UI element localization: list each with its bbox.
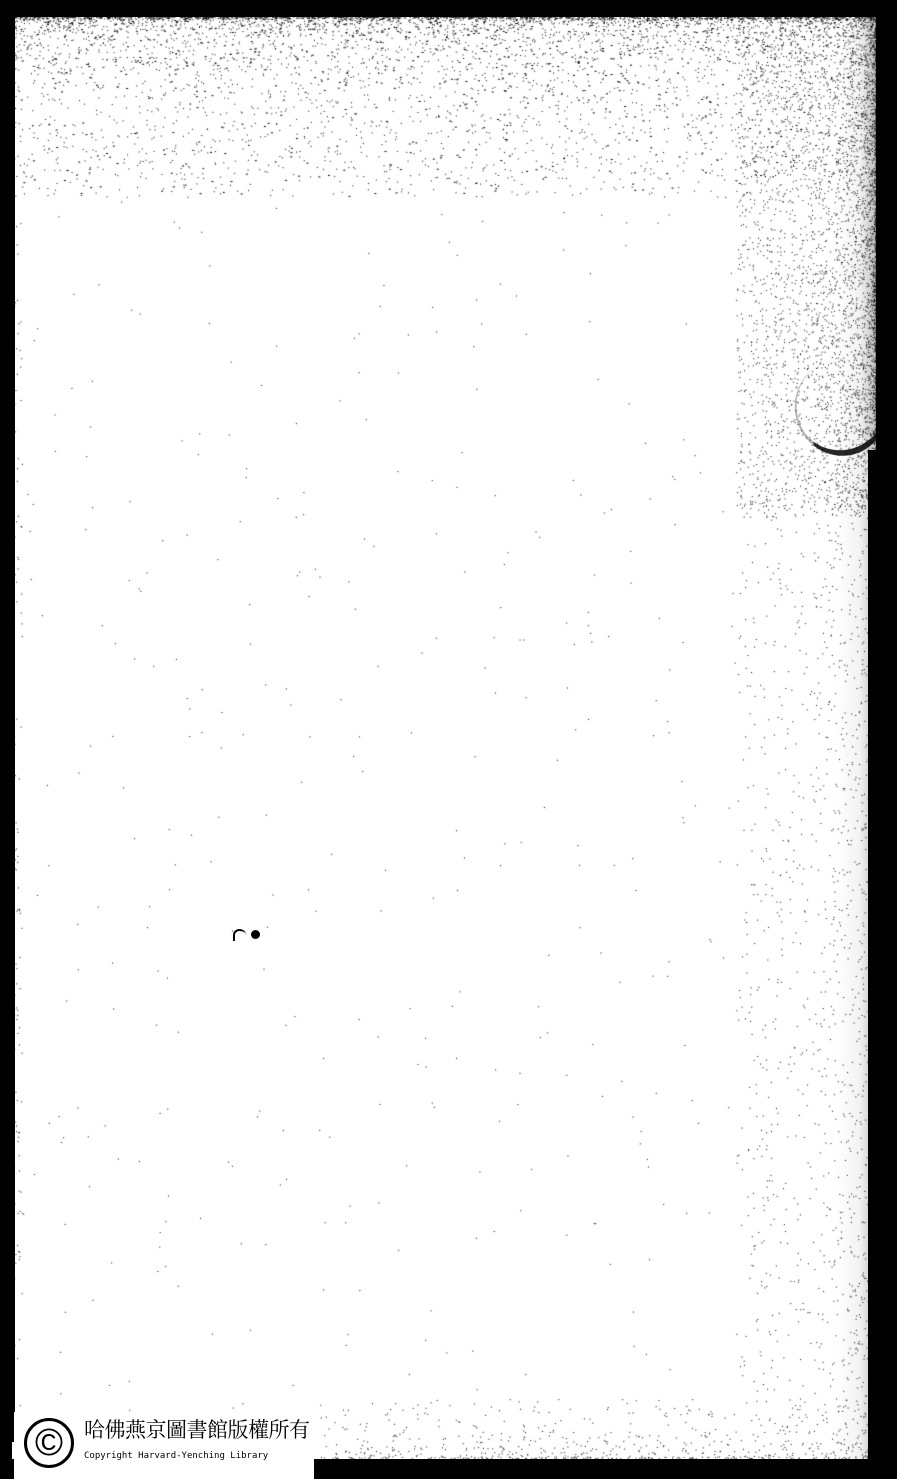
ink-blot-arc — [233, 929, 246, 941]
ink-blot — [233, 928, 263, 942]
page-right-edge — [868, 450, 878, 1460]
copyright-chinese-text: 哈佛燕京圖書館版權所有 — [84, 1414, 310, 1444]
copyright-icon: © — [24, 1418, 74, 1468]
copyright-stamp: © 哈佛燕京圖書館版權所有 Copyright Harvard-Yenching… — [14, 1412, 314, 1479]
blank-book-page — [12, 17, 876, 1459]
copyright-english-text: Copyright Harvard-Yenching Library — [84, 1451, 268, 1461]
page-gutter-edge — [12, 17, 15, 1442]
ink-blot-dot — [251, 930, 260, 939]
